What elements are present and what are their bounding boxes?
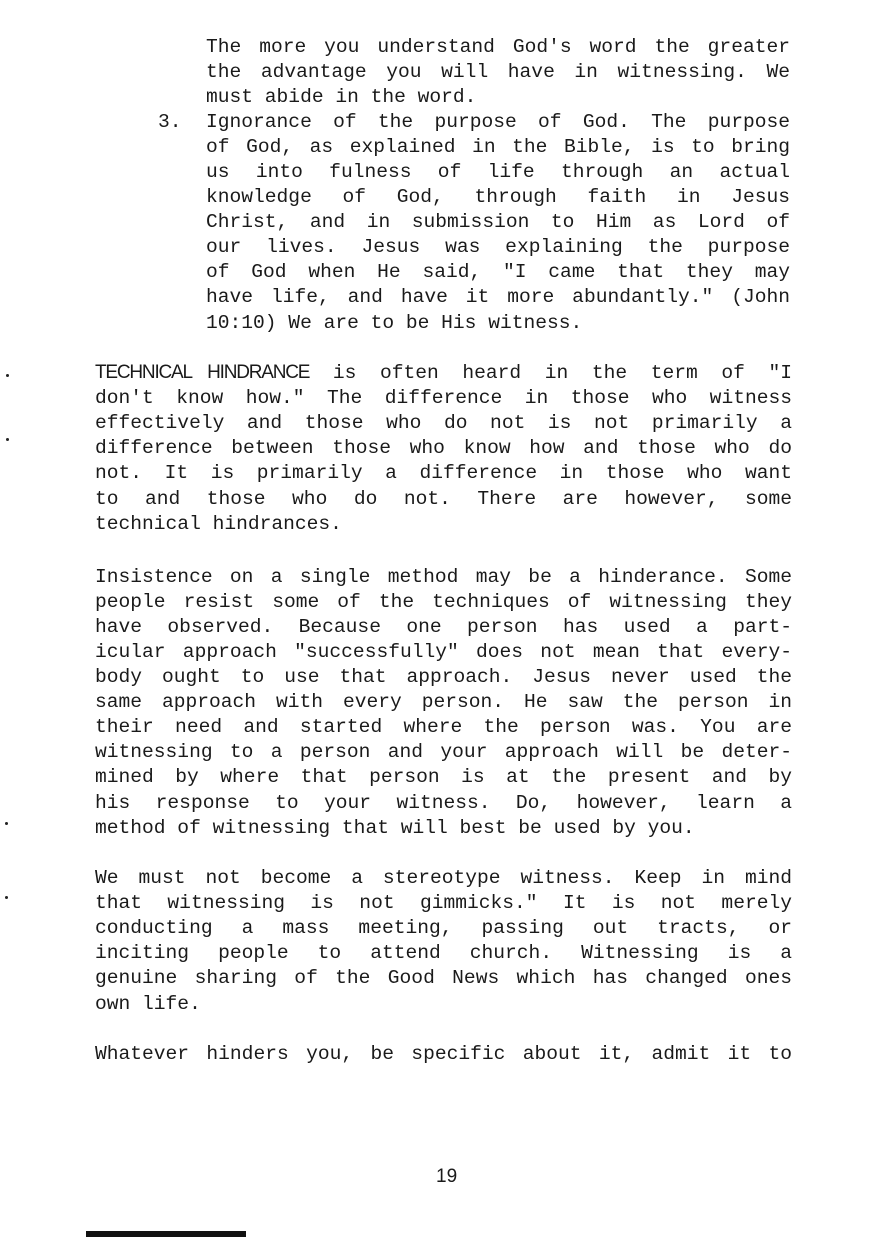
text-line: Whatever hinders you, be specific about … bbox=[95, 1043, 792, 1065]
scan-bar bbox=[86, 1231, 246, 1237]
text-line: effectively and those who do not is not … bbox=[95, 412, 792, 434]
text-line: We must not become a stereotype witness.… bbox=[95, 867, 792, 889]
page-number: 19 bbox=[436, 1166, 457, 1188]
text-line: own life. bbox=[95, 993, 792, 1015]
text-line: Ignorance of the purpose of God. The pur… bbox=[206, 111, 790, 133]
text-line: knowledge of God, through faith in Jesus bbox=[206, 186, 790, 208]
text-line: not. It is primarily a difference in tho… bbox=[95, 462, 792, 484]
text-line: The more you understand God's word the g… bbox=[206, 36, 790, 58]
text-line: people resist some of the techniques of … bbox=[95, 591, 792, 613]
text-line: conducting a mass meeting, passing out t… bbox=[95, 917, 792, 939]
margin-mark bbox=[6, 374, 9, 377]
text-line: 10:10) We are to be His witness. bbox=[206, 312, 790, 334]
text-line: have observed. Because one person has us… bbox=[95, 616, 792, 638]
text-line: technical hindrances. bbox=[95, 513, 792, 535]
text-line: inciting people to attend church. Witnes… bbox=[95, 942, 792, 964]
text-line: must abide in the word. bbox=[206, 86, 790, 108]
margin-mark bbox=[5, 896, 8, 899]
text-line: method of witnessing that will best be u… bbox=[95, 817, 792, 839]
text-run: is often heard in the term of "I bbox=[333, 362, 792, 384]
text-line: mined by where that person is at the pre… bbox=[95, 766, 792, 788]
text-line: that witnessing is not gimmicks." It is … bbox=[95, 892, 792, 914]
text-line: icular approach "successfully" does not … bbox=[95, 641, 792, 663]
margin-mark bbox=[6, 438, 9, 441]
document-page: The more you understand God's word the g… bbox=[0, 0, 872, 1239]
text-line: have life, and have it more abundantly."… bbox=[206, 286, 790, 308]
text-line: of God, as explained in the Bible, is to… bbox=[206, 136, 790, 158]
text-line: their need and started where the person … bbox=[95, 716, 792, 738]
text-line: the advantage you will have in witnessin… bbox=[206, 61, 790, 83]
text-line: difference between those who know how an… bbox=[95, 437, 792, 459]
text-line: witnessing to a person and your approach… bbox=[95, 741, 792, 763]
text-line: his response to your witness. Do, howeve… bbox=[95, 792, 792, 814]
text-line: same approach with every person. He saw … bbox=[95, 691, 792, 713]
text-line: genuine sharing of the Good News which h… bbox=[95, 967, 792, 989]
section-heading: TECHNICAL HINDRANCE bbox=[95, 362, 309, 383]
text-line: to and those who do not. There are howev… bbox=[95, 488, 792, 510]
text-line: Christ, and in submission to Him as Lord… bbox=[206, 211, 790, 233]
text-line: us into fulness of life through an actua… bbox=[206, 161, 790, 183]
text-line: Insistence on a single method may be a h… bbox=[95, 566, 792, 588]
text-line: body ought to use that approach. Jesus n… bbox=[95, 666, 792, 688]
text-line: don't know how." The difference in those… bbox=[95, 387, 792, 409]
list-item-number: 3. bbox=[158, 111, 182, 133]
margin-mark bbox=[5, 822, 8, 825]
text-line: our lives. Jesus was explaining the purp… bbox=[206, 236, 790, 258]
text-line: TECHNICAL HINDRANCE is often heard in th… bbox=[95, 362, 792, 384]
text-line: of God when He said, "I came that they m… bbox=[206, 261, 790, 283]
